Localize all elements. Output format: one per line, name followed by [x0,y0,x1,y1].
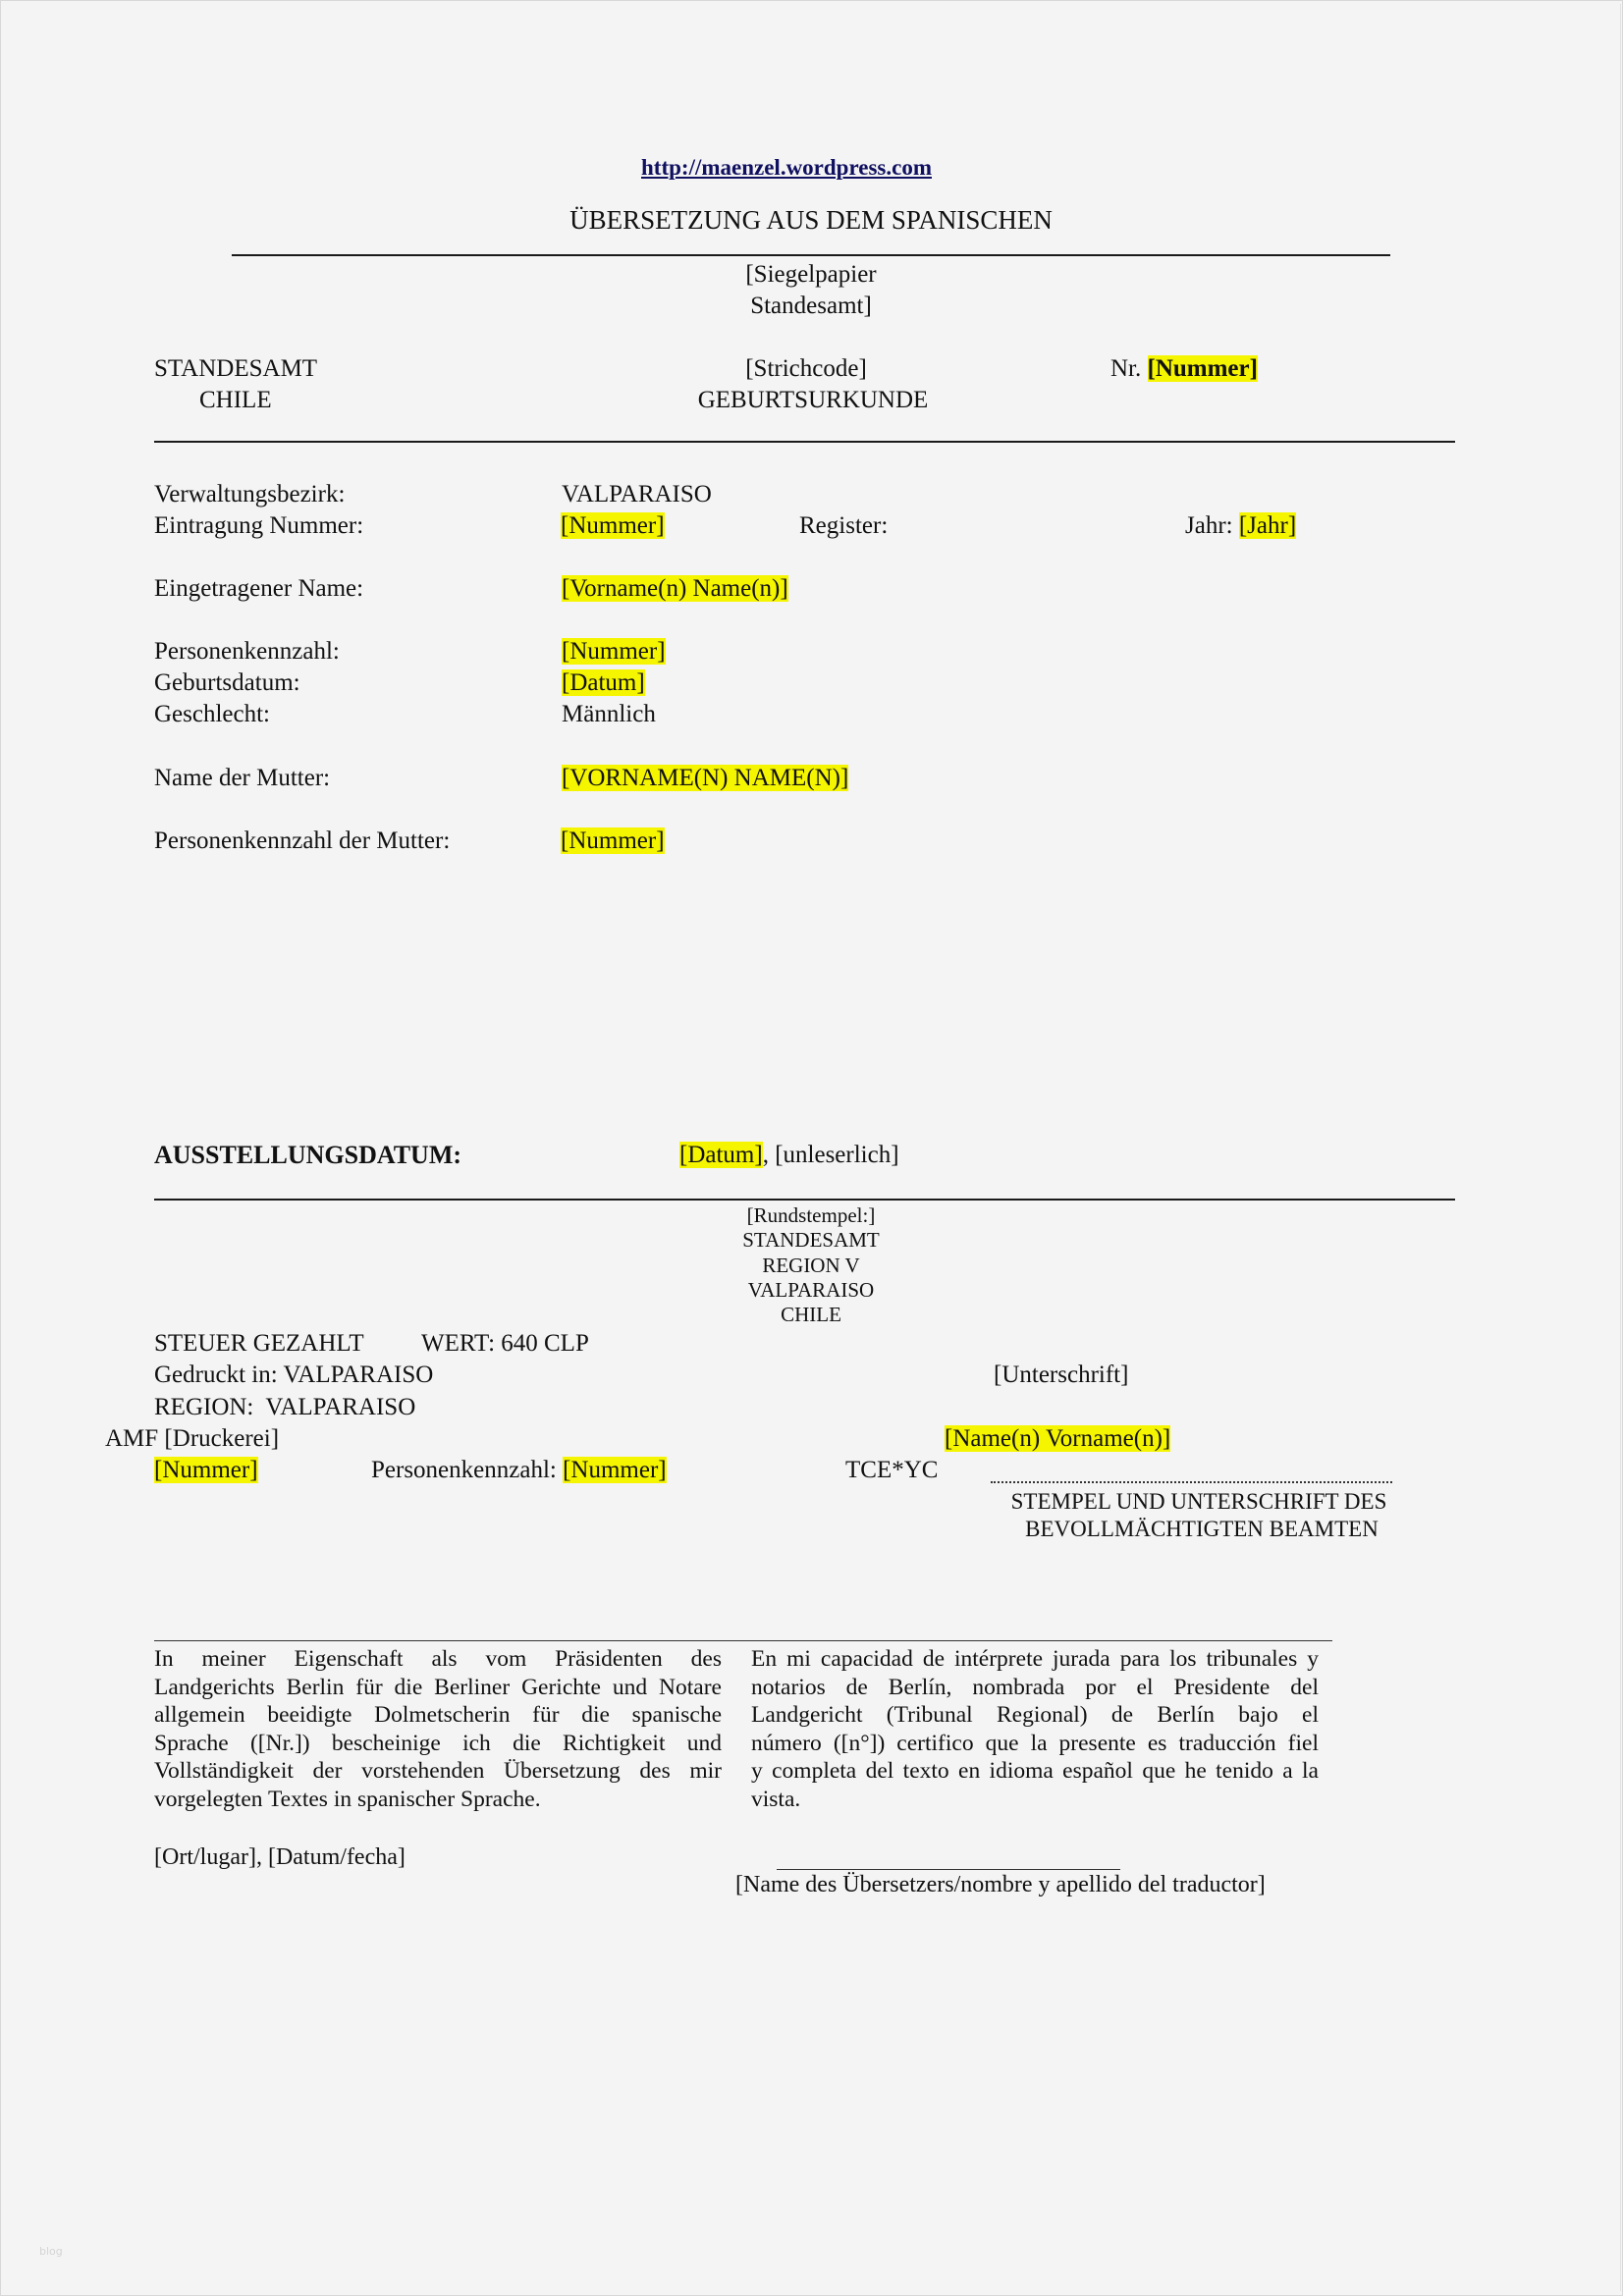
mother-id-value: [Nummer] [561,828,665,854]
stamp-line: CHILE [781,1303,841,1327]
birth-date-label: Geburtsdatum: [154,668,300,698]
divider [154,1199,1455,1201]
year-value: [Jahr] [1239,512,1296,539]
issue-date-field: [Datum], [unleserlich] [679,1141,899,1170]
cert-de-line: Landgerichts Berlin für die Berliner Ger… [154,1674,722,1702]
watermark: blog [39,2245,63,2258]
divider [154,1640,1332,1641]
cert-es-line: En mi capacidad de intérprete jurada par… [751,1645,1319,1674]
tax-value: WERT: 640 CLP [421,1329,589,1359]
cert-de-line: allgemein beeidigte Dolmetscherin für di… [154,1701,722,1730]
source-link[interactable]: http://maenzel.wordpress.com [641,155,932,180]
footer-personal-id-label: Personenkennzahl: [371,1457,557,1483]
source-link-wrap: http://maenzel.wordpress.com [641,153,932,183]
certification-german: In meiner Eigenschaft als vom Präsidente… [154,1645,722,1814]
year-label: Jahr: [1185,512,1233,539]
translator-name: [Name des Übersetzers/nombre y apellido … [735,1870,1266,1899]
registered-name-label: Eingetragener Name: [154,574,363,604]
district-label: Verwaltungsbezirk: [154,480,345,509]
registered-name-value: [Vorname(n) Name(n)] [562,575,788,602]
official-name: [Name(n) Vorname(n)] [945,1425,1170,1452]
year-field: Jahr: [Jahr] [1185,511,1296,541]
issue-date-value: [Datum] [679,1142,763,1168]
personal-id-value: [Nummer] [562,638,666,665]
personal-id-label: Personenkennzahl: [154,637,340,667]
place-date: [Ort/lugar], [Datum/fecha] [154,1842,406,1872]
nr-value: [Nummer] [1148,355,1258,382]
stamp-line: STANDESAMT [742,1228,880,1253]
signature-caption-line1: STEMPEL UND UNTERSCHRIFT DES [1011,1489,1387,1514]
cert-es-line: y completa del texto en idioma español q… [751,1757,1319,1786]
office-line1: STANDESAMT [154,354,317,384]
document-type: GEBURTSURKUNDE [698,386,929,415]
page-edge [1620,4,1621,2291]
sex-label: Geschlecht: [154,700,270,729]
signature-placeholder: [Unterschrift] [994,1361,1128,1390]
entry-number-label: Eintragung Nummer: [154,511,363,541]
entry-number-value: [Nummer] [561,512,665,539]
nr-label: Nr. [1110,355,1141,382]
register-label: Register: [799,511,888,541]
cert-es-line: número ([n°]) certifico que la presente … [751,1730,1319,1758]
stamp-line: REGION V [762,1254,859,1278]
mother-name-label: Name der Mutter: [154,764,330,793]
cert-de-line: Sprache ([Nr.]) bescheinige ich die Rich… [154,1730,722,1758]
sex-value: Männlich [562,700,656,729]
cert-de-line: In meiner Eigenschaft als vom Präsidente… [154,1645,722,1674]
birth-date-value: [Datum] [562,669,645,696]
tax-paid: STEUER GEZAHLT [154,1329,364,1359]
stamp-line: [Rundstempel:] [747,1203,876,1228]
seal-note-line2: Standesamt] [750,292,872,321]
mother-id-label: Personenkennzahl der Mutter: [154,827,450,856]
cert-de-line: vorgelegten Textes in spanischer Sprache… [154,1786,722,1814]
certificate-number: Nr. [Nummer] [1110,354,1258,384]
footer-personal-id-value: [Nummer] [563,1457,667,1483]
document-title: ÜBERSETZUNG AUS DEM SPANISCHEN [569,205,1053,235]
issue-date-note: , [unleserlich] [763,1142,899,1168]
footer-personal-id: Personenkennzahl: [Nummer] [371,1456,667,1485]
seal-note-line1: [Siegelpapier [745,260,876,290]
divider [232,254,1390,256]
divider [154,441,1455,443]
signature-dotted-line [991,1481,1392,1483]
barcode-placeholder: [Strichcode] [745,354,867,384]
signature-caption-line2: BEVOLLMÄCHTIGTEN BEAMTEN [1025,1517,1379,1541]
cert-es-line: notarios de Berlín, nombrada por el Pres… [751,1674,1319,1702]
office-line2: CHILE [199,386,272,415]
control-code: TCE*YC [845,1456,938,1485]
printer: AMF [Druckerei] [105,1424,279,1454]
region: REGION: VALPARAISO [154,1393,415,1422]
issue-date-label: AUSSTELLUNGSDATUM: [154,1141,461,1170]
mother-name-value: [VORNAME(N) NAME(N)] [562,765,848,791]
cert-es-line: Landgericht (Tribunal Regional) de Berlí… [751,1701,1319,1730]
district-value: VALPARAISO [562,480,712,509]
form-number: [Nummer] [154,1457,258,1483]
printed-in: Gedruckt in: VALPARAISO [154,1361,433,1390]
stamp-line: VALPARAISO [748,1278,874,1303]
cert-es-line: vista. [751,1786,1319,1814]
cert-de-line: Vollständigkeit der vorstehenden Überset… [154,1757,722,1786]
certification-spanish: En mi capacidad de intérprete jurada par… [751,1645,1319,1814]
